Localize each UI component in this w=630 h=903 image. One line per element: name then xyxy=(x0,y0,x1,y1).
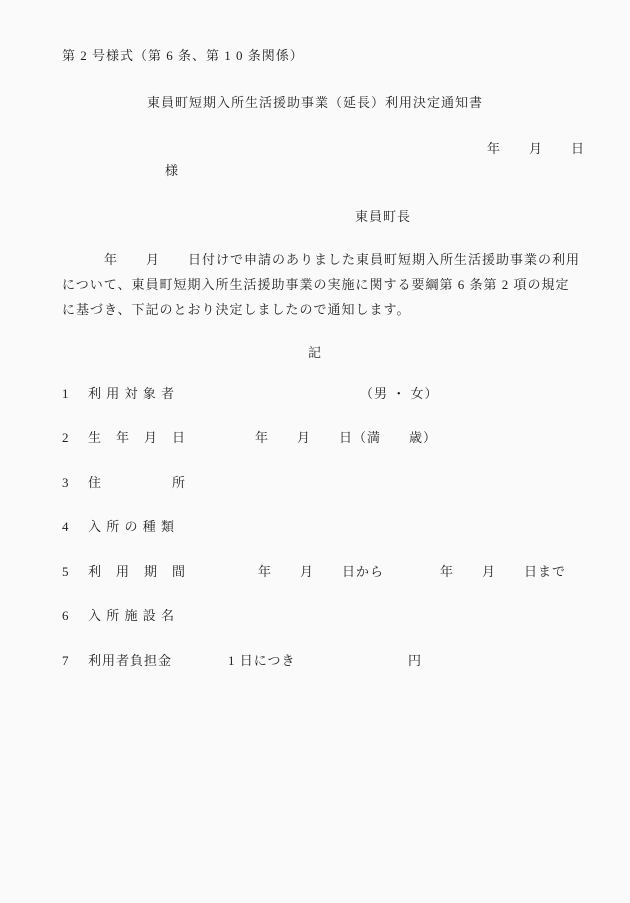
item-number: 4 xyxy=(62,519,70,535)
item-row: 6 入 所 施 設 名 xyxy=(0,608,630,626)
item-label: 入 所 の 種 類 xyxy=(88,519,175,535)
item-number: 2 xyxy=(62,430,70,446)
item-value: 年 月 日（満 歳） xyxy=(255,430,437,446)
item-label: 利用者負担金 xyxy=(88,653,172,669)
item-row: 1 利 用 対 象 者 （男 ・ 女） xyxy=(0,386,630,404)
item-row: 7 利用者負担金 1 日につき 円 xyxy=(0,653,630,671)
paragraph-line: に基づき、下記のとおり決定しましたので通知します。 xyxy=(62,302,410,318)
item-number: 6 xyxy=(62,608,70,624)
paragraph-line: 年 月 日付けで申請のありました東員町短期入所生活援助事業の利用 xyxy=(62,252,580,268)
item-label: 住 所 xyxy=(88,475,186,491)
item-value: （男 ・ 女） xyxy=(360,386,439,402)
sender-line: 東員町長 xyxy=(355,209,411,225)
item-row: 5 利 用 期 間 年 月 日から 年 月 日まで xyxy=(0,564,630,582)
paragraph-line: について、東員町短期入所生活援助事業の実施に関する要綱第 6 条第 2 項の規定 xyxy=(62,277,569,293)
item-row: 2 生 年 月 日 年 月 日（満 歳） xyxy=(0,430,630,448)
item-number: 7 xyxy=(62,653,70,669)
document-title: 東員町短期入所生活援助事業（延長）利用決定通知書 xyxy=(0,95,630,111)
document-page: 第 2 号様式（第 6 条、第 1 0 条関係） 東員町短期入所生活援助事業（延… xyxy=(0,0,630,903)
form-number-line: 第 2 号様式（第 6 条、第 1 0 条関係） xyxy=(62,48,304,64)
item-label: 利 用 期 間 xyxy=(88,564,186,580)
item-value: 1 日につき xyxy=(228,653,296,669)
item-label: 入 所 施 設 名 xyxy=(88,608,175,624)
date-line: 年 月 日 xyxy=(487,141,585,157)
item-label: 利 用 対 象 者 xyxy=(88,386,175,402)
item-number: 3 xyxy=(62,475,70,491)
item-label: 生 年 月 日 xyxy=(88,430,186,446)
item-number: 1 xyxy=(62,386,70,402)
item-unit: 円 xyxy=(408,653,422,669)
item-row: 4 入 所 の 種 類 xyxy=(0,519,630,537)
record-heading: 記 xyxy=(0,345,630,361)
addressee-honorific: 様 xyxy=(165,163,179,179)
item-number: 5 xyxy=(62,564,70,580)
item-value: 年 月 日から 年 月 日まで xyxy=(258,564,566,580)
item-row: 3 住 所 xyxy=(0,475,630,493)
